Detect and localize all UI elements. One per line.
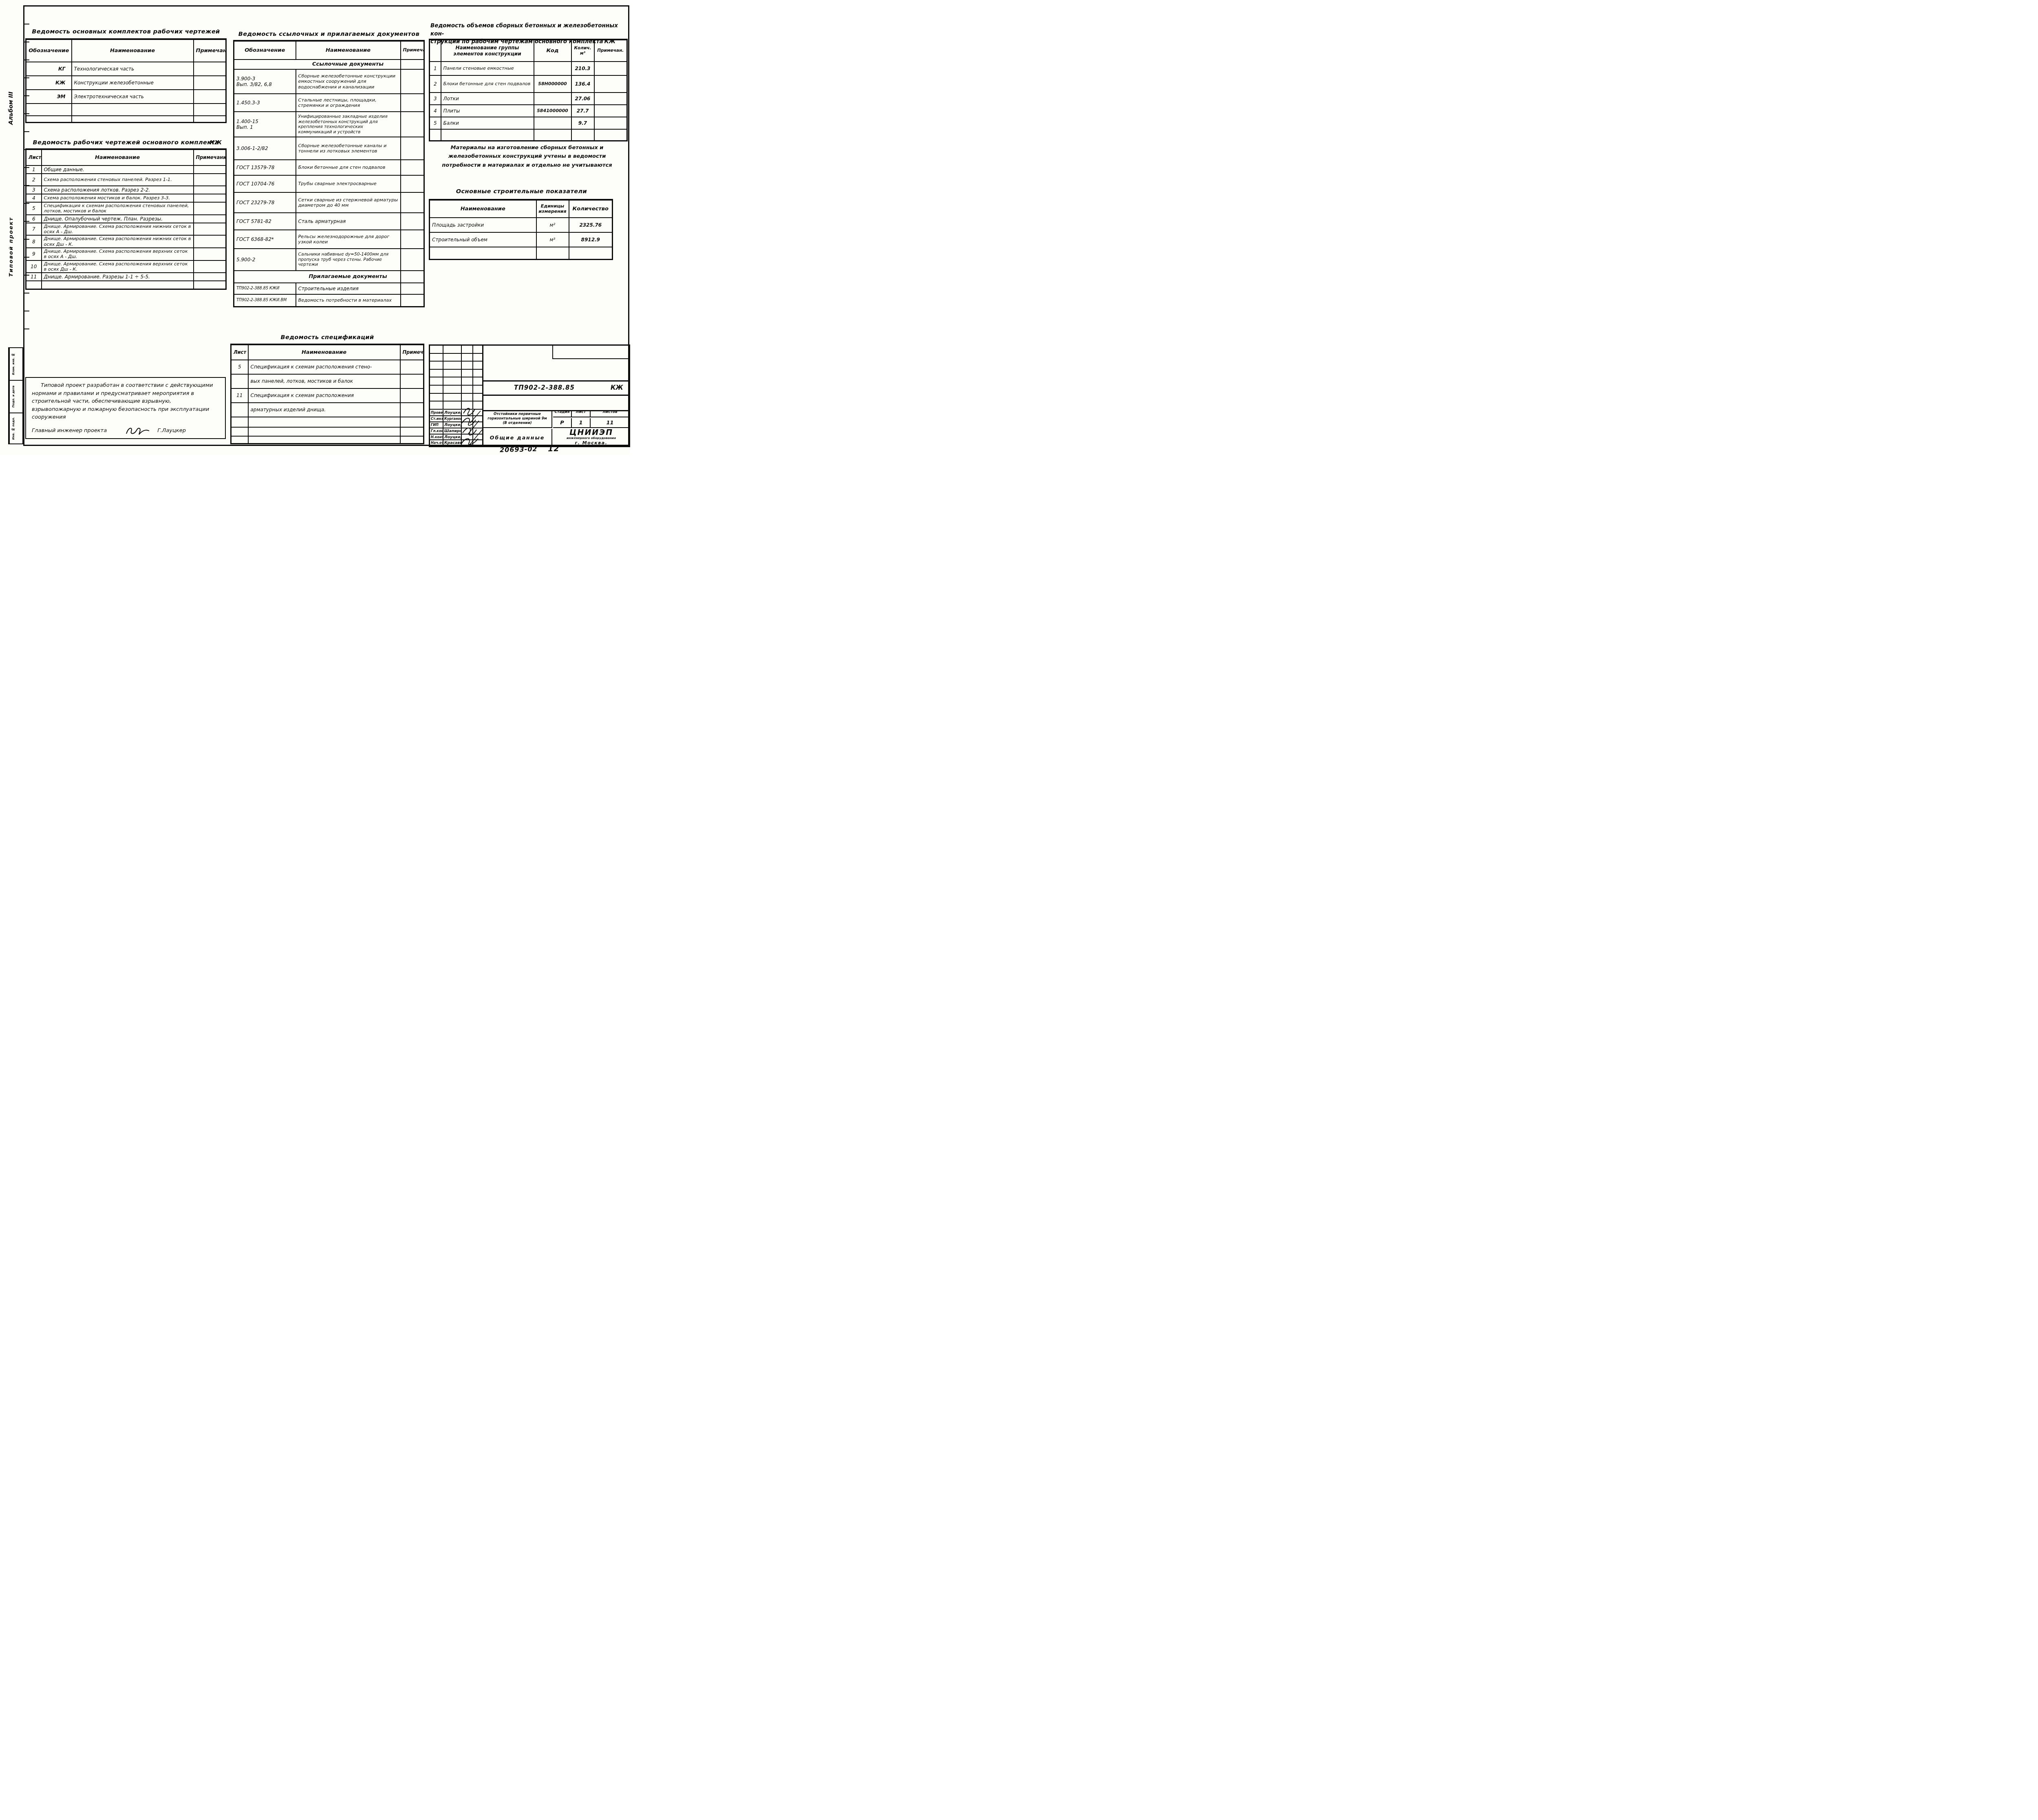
spec-name: арматурных изделий днища. bbox=[248, 403, 400, 417]
drawing-sheet: Альбом III Типовой проект Взам. инв. № П… bbox=[0, 0, 630, 455]
column-header: Примеч. bbox=[400, 344, 424, 360]
sheet-no: 4 bbox=[26, 194, 42, 202]
empty-cell bbox=[430, 247, 536, 259]
doc-code: ТП902-2-388.85 КЖИ.ВМ bbox=[234, 294, 296, 307]
set-code: КЖ bbox=[26, 76, 72, 90]
column-header: Примечан. bbox=[594, 40, 627, 62]
note-cell bbox=[400, 388, 424, 403]
empty-cell bbox=[594, 129, 627, 141]
doc-name: Сальники набивные dу=50-1400мм для пропу… bbox=[296, 249, 401, 271]
doc-code: 1.400-15 Вып. 1 bbox=[234, 112, 296, 137]
object-name: Отстойники первичные горизонтальные шири… bbox=[483, 411, 552, 428]
sheet-no: 8 bbox=[26, 235, 42, 248]
row-num: 3 bbox=[430, 93, 441, 105]
group-qty: 27.7 bbox=[571, 105, 594, 117]
specs-table: Лист Наименование Примеч. 5Спецификация … bbox=[230, 344, 424, 444]
sheet-no: 5 bbox=[231, 360, 248, 374]
indicators-table: Наименование Единицы измерения Количеств… bbox=[429, 199, 613, 260]
note-cell bbox=[401, 160, 424, 175]
row-num: 5 bbox=[430, 117, 441, 129]
group-code bbox=[534, 62, 571, 75]
drawing-name: Днище. Армирование. Схема расположения в… bbox=[42, 248, 194, 260]
empty-cell bbox=[441, 129, 534, 141]
main-sets-table: Обозначение Наименование Примечание КГ Т… bbox=[25, 38, 227, 123]
empty-cell bbox=[234, 271, 296, 283]
sheet-value: 1 bbox=[572, 418, 591, 427]
note-cell bbox=[401, 112, 424, 137]
indicator-unit: м³ bbox=[536, 232, 569, 247]
note-cell bbox=[194, 76, 226, 90]
margin-stamp-box: Взам. инв. № Подп. и дата Инв. № подл. bbox=[8, 347, 23, 444]
doc-name: Сталь арматурная bbox=[296, 213, 401, 230]
doc-name: Стальные лестницы, площадки, стремянки и… bbox=[296, 94, 401, 112]
drawing-name: Схема расположения стеновых панелей. Раз… bbox=[42, 174, 194, 186]
role-label: ГИП bbox=[430, 422, 443, 428]
doc-code: 5.900-2 bbox=[234, 249, 296, 271]
drawings-title: Ведомость рабочих чертежей основного ком… bbox=[25, 139, 227, 146]
drawings-title-set-code: КЖ bbox=[210, 139, 222, 146]
group-name: Блоки бетонные для стен подвалов bbox=[441, 75, 534, 93]
refdocs-title: Ведомость ссылочных и прилагаемых докуме… bbox=[233, 31, 425, 38]
row-num: 1 bbox=[430, 62, 441, 75]
archive-number: 20693-02 bbox=[500, 445, 538, 454]
stamp-inv-podl: Инв. № подл. bbox=[9, 413, 16, 444]
group-name: Плиты bbox=[441, 105, 534, 117]
note-cell bbox=[194, 273, 226, 281]
drawing-name: Днище. Армирование. Разрезы 1-1 ÷ 5-5. bbox=[42, 273, 194, 281]
note-cell bbox=[400, 360, 424, 374]
column-header: Наименование bbox=[42, 149, 194, 165]
drawing-name: Схема расположения мостиков и балок. Раз… bbox=[42, 194, 194, 202]
main-sets-title: Ведомость основных комплектов рабочих че… bbox=[25, 29, 227, 35]
sheets-value: 11 bbox=[591, 418, 629, 427]
set-name: Технологическая часть bbox=[72, 62, 194, 76]
note-cell bbox=[401, 294, 424, 307]
role-label: Ст.инж bbox=[430, 416, 443, 421]
sheet-no: 1 bbox=[26, 165, 42, 174]
sheet-no: 6 bbox=[26, 215, 42, 223]
materials-note: Материалы на изготовление сборных бетонн… bbox=[433, 143, 621, 170]
sheet-no: 5 bbox=[26, 202, 42, 215]
group-code: 5841000000 bbox=[534, 105, 571, 117]
note-cell bbox=[194, 202, 226, 215]
group-name: Лотки bbox=[441, 93, 534, 105]
empty-cell bbox=[248, 436, 400, 443]
note-cell bbox=[194, 194, 226, 202]
column-header: Наименование bbox=[248, 344, 400, 360]
doc-name: Строительные изделия bbox=[296, 283, 401, 294]
set-name: Электротехническая часть bbox=[72, 90, 194, 104]
doc-code: 1.450.3-3 bbox=[234, 94, 296, 112]
empty-cell bbox=[430, 129, 441, 141]
revision-grid bbox=[430, 346, 482, 410]
note-cell bbox=[194, 235, 226, 248]
doc-code: ГОСТ 23279-78 bbox=[234, 192, 296, 213]
project-type-label: Типовой проект bbox=[6, 210, 16, 283]
note-cell bbox=[594, 62, 627, 75]
note-cell bbox=[194, 186, 226, 194]
empty-cell bbox=[72, 116, 194, 122]
empty-cell bbox=[569, 247, 613, 259]
column-header: Наименование bbox=[430, 200, 536, 218]
role-label: Нач.отд bbox=[430, 440, 443, 446]
empty-cell bbox=[571, 129, 594, 141]
role-label: Гл.конс. bbox=[430, 428, 443, 434]
album-label: Альбом III bbox=[6, 75, 16, 141]
role-label: Н.конт. bbox=[430, 435, 443, 439]
empty-cell bbox=[231, 436, 248, 443]
column-header: Количество bbox=[569, 200, 613, 218]
doc-code: ТП902-2-388.85 КЖИ bbox=[234, 283, 296, 294]
indicator-name: Строительный объем bbox=[430, 232, 536, 247]
note-cell bbox=[594, 93, 627, 105]
specs-title: Ведомость спецификаций bbox=[230, 334, 424, 341]
spec-name: Спецификация к схемам расположения bbox=[248, 388, 400, 403]
doc-name: Сборные железобетонные каналы и тоннели … bbox=[296, 137, 401, 160]
drawing-name: Днище. Армирование. Схема расположения в… bbox=[42, 260, 194, 273]
note-cell bbox=[401, 137, 424, 160]
titleblock-top-right-cell bbox=[552, 346, 629, 359]
spec-name: Спецификация к схемам расположения стено… bbox=[248, 360, 400, 374]
note-cell bbox=[401, 283, 424, 294]
empty-cell bbox=[400, 436, 424, 443]
role-label: Провер. bbox=[430, 410, 443, 415]
group-qty: 27.06 bbox=[571, 93, 594, 105]
empty-cell bbox=[234, 60, 296, 69]
note-cell bbox=[401, 192, 424, 213]
empty-cell bbox=[194, 116, 226, 122]
stamp-vzam-inv: Взам. инв. № bbox=[9, 348, 16, 380]
doc-name: Трубы сварные электросварные bbox=[296, 175, 401, 192]
sheet-no: 2 bbox=[26, 174, 42, 186]
empty-cell bbox=[26, 281, 42, 289]
empty-cell bbox=[42, 281, 194, 289]
note-cell bbox=[594, 75, 627, 93]
sheet-no: 3 bbox=[26, 186, 42, 194]
doc-name: Блоки бетонные для стен подвалов bbox=[296, 160, 401, 175]
stage-label: Стадия bbox=[553, 410, 572, 417]
empty-cell bbox=[534, 129, 571, 141]
drawing-name: Схема расположения лотков. Разрез 2-2. bbox=[42, 186, 194, 194]
empty-cell bbox=[231, 374, 248, 388]
doc-code: ГОСТ 13579-78 bbox=[234, 160, 296, 175]
drawing-name: Днище. Опалубочный чертеж. План. Разрезы… bbox=[42, 215, 194, 223]
empty-cell bbox=[248, 417, 400, 427]
column-header: Обозначение bbox=[234, 41, 296, 60]
chief-engineer-label: Главный инженер проекта bbox=[32, 427, 107, 435]
row-num: 2 bbox=[430, 75, 441, 93]
chief-engineer-name: Г.Лауцкер bbox=[157, 427, 186, 435]
indicator-name: Площадь застройки bbox=[430, 218, 536, 232]
signature-icon bbox=[123, 426, 152, 436]
drawing-name: Днище. Армирование. Схема расположения н… bbox=[42, 235, 194, 248]
doc-code: 3.006-1-2/82 bbox=[234, 137, 296, 160]
drawing-name: Спецификация к схемам расположения стено… bbox=[42, 202, 194, 215]
doc-name: Ведомость потребности в материалах bbox=[296, 294, 401, 307]
page-number: 12 bbox=[548, 444, 560, 454]
empty-cell bbox=[248, 427, 400, 436]
sheet-label: Лист bbox=[572, 410, 591, 417]
note-cell bbox=[194, 165, 226, 174]
drawings-table: Лист Наименование Примечание 1Общие данн… bbox=[25, 148, 227, 290]
column-header: Код bbox=[534, 40, 571, 62]
empty-cell bbox=[26, 116, 72, 122]
column-header: Примечан. bbox=[401, 41, 424, 60]
group-qty: 210.3 bbox=[571, 62, 594, 75]
group-code bbox=[534, 93, 571, 105]
doc-name: Сетки сварные из стержневой арматуры диа… bbox=[296, 192, 401, 213]
group-name: Балки bbox=[441, 117, 534, 129]
doc-name: Унифицированные закладные изделия железо… bbox=[296, 112, 401, 137]
set-name: Конструкции железобетонные bbox=[72, 76, 194, 90]
column-header: Примечание bbox=[194, 149, 226, 165]
column-header: Наименование группы элементов конструкци… bbox=[441, 40, 534, 62]
note-cell bbox=[594, 117, 627, 129]
empty-cell bbox=[72, 104, 194, 116]
column-header: Обозначение bbox=[26, 39, 72, 62]
volumes-title-line1: Ведомость объемов сборных бетонных и жел… bbox=[430, 22, 627, 38]
indicator-qty: 8912.9 bbox=[569, 232, 613, 247]
doc-name: Рельсы железнодорожные для дорог узкой к… bbox=[296, 230, 401, 249]
note-cell bbox=[401, 175, 424, 192]
spec-name: вых панелей, лотков, мостиков и балок bbox=[248, 374, 400, 388]
empty-cell bbox=[26, 104, 72, 116]
group-qty: 136.4 bbox=[571, 75, 594, 93]
designation-band: ТП902-2-388.85 КЖ bbox=[482, 380, 629, 395]
doc-code: ГОСТ 5781-82 bbox=[234, 213, 296, 230]
drawing-name: Общие данные. bbox=[42, 165, 194, 174]
note-cell bbox=[194, 215, 226, 223]
note-cell bbox=[401, 213, 424, 230]
note-cell bbox=[401, 230, 424, 249]
column-header: Наименование bbox=[296, 41, 401, 60]
section-title: Ссылочные документы bbox=[296, 60, 401, 69]
sheet-no: 11 bbox=[231, 388, 248, 403]
project-note-text: Типовой проект разработан в соответствии… bbox=[32, 382, 220, 421]
sheet-title: Общие данные bbox=[483, 429, 552, 446]
doc-code: ГОСТ 10704-76 bbox=[234, 175, 296, 192]
column-header: Примечание bbox=[194, 39, 226, 62]
note-cell bbox=[194, 223, 226, 236]
column-header: Наименование bbox=[72, 39, 194, 62]
empty-cell bbox=[194, 281, 226, 289]
volumes-table: Наименование группы элементов конструкци… bbox=[429, 39, 628, 141]
note-cell bbox=[401, 69, 424, 94]
group-code: 58Н000000 bbox=[534, 75, 571, 93]
set-code: ЭМ bbox=[26, 90, 72, 104]
note-cell bbox=[401, 94, 424, 112]
sheets-label: Листов bbox=[591, 410, 629, 417]
empty-cell bbox=[401, 60, 424, 69]
note-cell bbox=[400, 374, 424, 388]
group-name: Панели стеновые емкостные bbox=[441, 62, 534, 75]
indicator-qty: 2325.76 bbox=[569, 218, 613, 232]
column-header: Лист bbox=[231, 344, 248, 360]
column-header: Единицы измерения bbox=[536, 200, 569, 218]
stage-header-row: Стадия Лист Листов bbox=[553, 410, 629, 417]
indicator-unit: м² bbox=[536, 218, 569, 232]
group-code bbox=[534, 117, 571, 129]
column-header bbox=[430, 40, 441, 62]
row-num: 4 bbox=[430, 105, 441, 117]
empty-cell bbox=[400, 417, 424, 427]
note-cell bbox=[194, 260, 226, 273]
note-cell bbox=[194, 90, 226, 104]
doc-code: 3.900-3 Вып. 3/82, 6,8 bbox=[234, 69, 296, 94]
note-cell bbox=[400, 403, 424, 417]
project-designation: ТП902-2-388.85 bbox=[514, 384, 575, 391]
project-note-box: Типовой проект разработан в соответствии… bbox=[25, 377, 226, 439]
empty-cell bbox=[231, 427, 248, 436]
empty-cell bbox=[231, 417, 248, 427]
org-city: г. Москва. bbox=[553, 440, 629, 446]
sheet-no: 7 bbox=[26, 223, 42, 236]
column-header: Лист bbox=[26, 149, 42, 165]
sheet-no: 10 bbox=[26, 260, 42, 273]
empty-cell bbox=[231, 403, 248, 417]
section-title: Прилагаемые документы bbox=[296, 271, 401, 283]
empty-cell bbox=[400, 427, 424, 436]
note-cell bbox=[194, 62, 226, 76]
note-cell bbox=[594, 105, 627, 117]
group-qty: 9.7 bbox=[571, 117, 594, 129]
stamp-podp-data: Подп. и дата bbox=[9, 381, 16, 413]
doc-name: Сборные железобетонные конструкции емкос… bbox=[296, 69, 401, 94]
sheet-no: 9 bbox=[26, 248, 42, 260]
org-name: ЦНИИЭП bbox=[553, 429, 629, 437]
empty-cell bbox=[194, 104, 226, 116]
title-block: Провер.Лоуцкер Ст.инжКурганова ГИПЛоуцке… bbox=[429, 344, 630, 447]
organization-cell: ЦНИИЭП инженерного оборудования г. Москв… bbox=[553, 429, 629, 446]
refdocs-table: Обозначение Наименование Примечан. Ссыло… bbox=[233, 40, 425, 307]
sheet-no: 11 bbox=[26, 273, 42, 281]
note-cell bbox=[401, 249, 424, 271]
drawing-name: Днище. Армирование. Схема расположения н… bbox=[42, 223, 194, 236]
stage-value: Р bbox=[553, 418, 572, 427]
note-cell bbox=[194, 174, 226, 186]
stage-value-row: Р 1 11 bbox=[553, 418, 629, 428]
doc-code: ГОСТ 6368-82* bbox=[234, 230, 296, 249]
column-header: Колич. м³ bbox=[571, 40, 594, 62]
set-code: КЖ bbox=[611, 384, 623, 391]
note-cell bbox=[194, 248, 226, 260]
org-subtitle: инженерного оборудования bbox=[553, 437, 629, 440]
set-code: КГ bbox=[26, 62, 72, 76]
indicators-title: Основные строительные показатели bbox=[429, 188, 614, 195]
empty-cell bbox=[536, 247, 569, 259]
empty-cell bbox=[401, 271, 424, 283]
